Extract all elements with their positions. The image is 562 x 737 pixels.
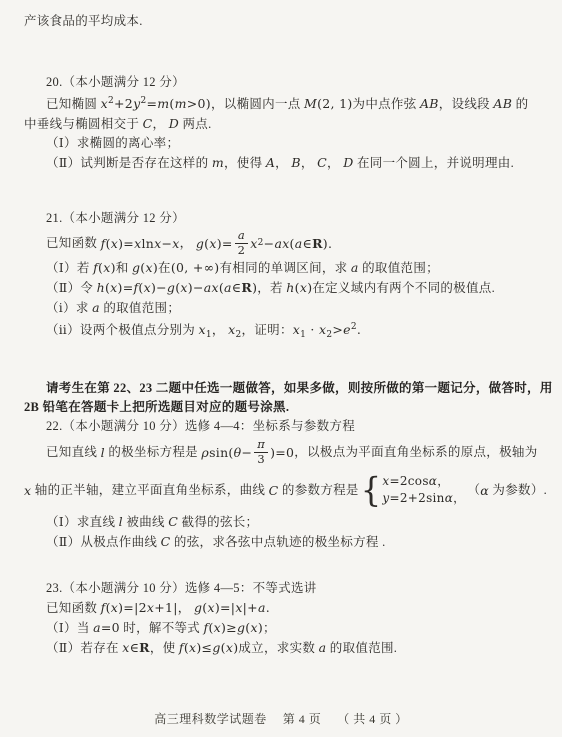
q21-part-1: （Ⅰ）若 f(x)和 g(x)在(0, +∞)有相同的单调区间，求 a 的取值范… [24,258,546,278]
math-run: ∈ [303,234,313,253]
parametric-cases: {x=2cosα，y=2+2sinα， [361,473,466,507]
text-run: 请考生在第 22、23 二题中任选一题做答，如果多做，则按所做的第一题记分，做答… [46,381,553,395]
math-run: x [154,234,161,253]
math-run: ∈ [232,280,242,295]
text-run: （ⅱ）设两个极值点分别为 [46,323,199,337]
text-run: ， [153,117,169,131]
math-run: D [343,155,353,170]
text-run: 产该食品的平均成本. [24,14,143,28]
math-run: x [144,280,151,295]
math-run: ax [204,280,219,295]
text-run: （ⅰ）求 [46,301,92,315]
math-run: x [145,260,152,275]
math-run: )=| [215,600,235,615]
text-run: ， [178,601,194,615]
text-run: 有相同的单调区间，求 [219,261,350,275]
math-run: x [293,322,300,337]
math-run: )= [217,234,233,253]
math-run: )= [118,280,134,295]
math-run: > [332,322,343,337]
math-run: g [212,640,220,655]
math-run: α [429,474,437,488]
math-run: )=0 [270,443,294,462]
math-run: C [161,534,171,549]
math-run: C [143,116,153,131]
math-run: D [169,116,179,131]
text-run: 截得的弦长； [178,515,258,529]
math-run: x [103,260,110,275]
q22-body-line2: x 轴的正半轴，建立平面直角坐标系，曲线 C 的参数方程是{x=2cosα，y=… [24,468,546,512]
math-run: g [196,234,204,253]
cases-rows: x=2cosα，y=2+2sinα， [382,473,465,507]
q23-part-2: （Ⅱ）若存在 x∈R，使 f(x)≤g(x)成立，求实数 a 的取值范围. [24,638,546,658]
q22-body-line1: 已知直线 l 的极坐标方程是 ρsin(θ−π3)=0，以极点为平面直角坐标系的… [24,436,546,468]
q23-body: 已知函数 f(x)=|2x+1|， g(x)=|x|+a. [24,598,546,618]
math-run: C [269,481,279,500]
text-run: 在 [158,261,171,275]
math-run: x [207,600,214,615]
math-run: · [306,322,319,337]
math-run: x [111,234,118,253]
math-run: ， [437,474,449,488]
math-run: . [266,600,270,615]
footer-page-number: 第 4 页 [283,710,322,727]
fraction-numerator: a [235,229,248,243]
q22-part-2: （Ⅱ）从极点作曲线 C 的弦，求各弦中点轨迹的极坐标方程 . [24,532,546,552]
math-run: x [101,96,108,111]
text-run: 两点. [179,117,211,131]
math-run: R [241,280,252,295]
footer-page-total: （ 共 4 页 ） [337,710,408,727]
text-run: ， [180,234,196,253]
text-run: 的 [512,97,528,111]
math-run: x [110,280,117,295]
math-run: x [209,234,216,253]
text-run: （Ⅱ）从极点作曲线 [46,535,161,549]
math-run: m [157,96,169,111]
math-run: )≤ [196,640,212,655]
math-run: − [161,234,172,253]
math-run: =2+2sin [390,491,445,505]
fraction-denominator: 2 [235,244,249,257]
math-run: x [199,322,206,337]
question-21: 21.（本小题满分 12 分） 已知函数 f(x)=xlnx−x， g(x)=a… [24,209,546,345]
fraction-numerator: π [254,438,268,452]
q21-subpart-ii: （ⅱ）设两个极值点分别为 x1， x2，证明：x1 · x2>e2. [24,318,546,345]
math-run: C [317,155,327,170]
text-run: 21.（本小题满分 12 分） [46,211,185,225]
q22-header: 22.（本小题满分 10 分）选修 4—4：坐标系与参数方程 [24,417,546,436]
math-run: a [224,280,232,295]
math-run: B [291,155,301,170]
text-run: 和 [116,261,132,275]
math-run: y [382,491,389,505]
math-run: α [480,481,489,500]
math-run: x [228,322,235,337]
text-run: ，以椭圆内一点 [211,97,304,111]
math-run: )− [151,280,167,295]
q22-part-1: （Ⅰ）求直线 l 被曲线 C 截得的弦长； [24,512,546,532]
math-run: A [266,155,275,170]
math-run: h [97,280,105,295]
text-run: ， [301,156,317,170]
math-run: ax [274,234,289,253]
question-23: 23.（本小题满分 10 分）选修 4—5：不等式选讲 已知函数 f(x)=|2… [24,579,546,658]
math-run: x [250,234,257,253]
math-run: x [122,640,129,655]
math-run: AB [420,96,439,111]
text-run: 在同一个圆上，并说明理由. [354,156,514,170]
q21-part-2: （Ⅱ）令 h(x)=f(x)−g(x)−ax(a∈R)，若 h(x)在定义域内有… [24,278,546,298]
notice-line1: 请考生在第 22、23 二题中任选一题做答，如果多做，则按所做的第一题记分，做答… [24,379,546,398]
math-run: x [214,620,221,635]
text-run: 时，解不等式 [120,621,204,635]
math-run: =0 [101,620,120,635]
math-run: a [92,300,100,315]
fraction-denominator: 3 [254,453,268,466]
math-run: =2cos [389,474,428,488]
math-run: M [304,96,317,111]
math-run: x [24,481,31,500]
text-run: 的取值范围； [359,261,439,275]
math-run: sin( [209,443,234,462]
text-run: ， [212,323,228,337]
question-22: 22.（本小题满分 10 分）选修 4—4：坐标系与参数方程 已知直线 l 的极… [24,417,546,552]
q23-part-1: （Ⅰ）当 a=0 时，解不等式 f(x)≥g(x)； [24,618,546,638]
text-run: 的取值范围； [100,301,180,315]
math-run: − [264,234,275,253]
q21-header: 21.（本小题满分 12 分） [24,209,546,228]
text-run: 的弦，求各弦中点轨迹的极坐标方程 . [171,535,386,549]
math-run: R [312,234,323,253]
math-run: x [172,234,179,253]
math-run: m [212,155,224,170]
math-run: )≥ [221,620,237,635]
math-run: h [286,280,294,295]
text-run: 已知函数 [46,601,101,615]
text-run: （Ⅱ）若存在 [46,641,122,655]
text-run: 成立，求实数 [238,641,318,655]
text-run: （Ⅰ）当 [46,621,93,635]
text-run: 2B 铅笔在答题卡上把所选题目对应的题号涂黑. [24,400,289,414]
math-run: (0, +∞) [171,260,220,275]
text-run: 23.（本小题满分 10 分）选修 4—5：不等式选讲 [46,581,317,595]
text-run: 20.（本小题满分 12 分） [46,75,185,89]
q20-body-line2: 中垂线与椭圆相交于 C， D 两点. [24,114,546,134]
math-run: ρ [201,443,209,462]
text-run: ， [327,156,343,170]
choice-notice: 请考生在第 22、23 二题中任选一题做答，如果多做，则按所做的第一题记分，做答… [24,379,546,417]
text-run: 已知椭圆 [46,97,101,111]
notice-line2: 2B 铅笔在答题卡上把所选题目对应的题号涂黑. [24,398,546,417]
math-run: . [357,322,361,337]
text-run: 已知直线 [46,443,101,462]
math-run: a [351,260,359,275]
math-run: m [175,96,187,111]
math-run: ， [453,491,465,505]
math-run: )− [188,280,204,295]
q21-subpart-i: （ⅰ）求 a 的取值范围； [24,298,546,318]
text-run: ，以极点为平面直角坐标系的原点，极轴为 [294,443,537,462]
text-run: （Ⅰ）求椭圆的离心率； [46,136,179,150]
q20-header: 20.（本小题满分 12 分） [24,73,546,92]
page-footer: 高三理科数学试题卷 第 4 页 （ 共 4 页 ） [0,710,562,727]
text-run: ，证明： [242,323,293,337]
text-run: 被曲线 [123,515,168,529]
math-run: ∈ [130,640,140,655]
math-run: g [167,280,175,295]
math-run: a [258,600,266,615]
math-run: x [134,234,141,253]
math-run: α [445,491,453,505]
q21-body: 已知函数 f(x)=xlnx−x， g(x)=a2x2−ax(a∈R). [24,228,546,258]
text-run: ，使 [150,641,179,655]
fraction: a2 [235,229,249,256]
text-run: 为中点作弦 [353,97,420,111]
text-run: （ [467,481,480,500]
text-run: ， [275,156,291,170]
text-run: 轴的正半轴，建立平面直角坐标系，曲线 [31,481,268,500]
q20-body-line1: 已知椭圆 x2+2y2=m(m>0)，以椭圆内一点 M(2, 1)为中点作弦 A… [24,92,546,114]
q23-header: 23.（本小题满分 10 分）选修 4—5：不等式选讲 [24,579,546,598]
math-run: +2 [114,96,133,111]
text-run: （Ⅰ）求直线 [46,515,119,529]
fraction: π3 [254,438,268,465]
exam-page: 产该食品的平均成本. 20.（本小题满分 12 分） 已知椭圆 x2+2y2=m… [0,0,562,737]
math-run: x [180,280,187,295]
left-brace-glyph: { [361,473,382,507]
q20-part-2: （Ⅱ）试判断是否存在这样的 m，使得 A， B， C， D 在同一个圆上，并说明… [24,153,546,173]
cases-row: y=2+2sinα， [382,490,465,507]
text-run: 已知函数 [46,234,101,253]
text-run: 22.（本小题满分 10 分）选修 4—4：坐标系与参数方程 [46,419,355,433]
math-run: |+ [243,600,258,615]
cases-row: x=2cosα， [382,473,449,490]
math-run: ln [141,234,154,253]
text-run: ，若 [257,281,286,295]
math-run: x [235,600,242,615]
math-run: a [93,620,101,635]
text-run: 的极坐标方程是 [105,443,201,462]
exam-content: 产该食品的平均成本. 20.（本小题满分 12 分） 已知椭圆 x2+2y2=m… [0,0,562,658]
text-run: （Ⅰ）若 [46,261,93,275]
text-run: 的参数方程是 [279,481,359,500]
math-run: )= [118,234,134,253]
text-run: 在定义域内有两个不同的极值点. [312,281,495,295]
math-run: e [343,322,351,337]
math-run: − [241,443,252,462]
question-20: 20.（本小题满分 12 分） 已知椭圆 x2+2y2=m(m>0)，以椭圆内一… [24,73,546,173]
q20-part-1: （Ⅰ）求椭圆的离心率； [24,134,546,153]
math-run: R [139,640,150,655]
text-run: ，设线段 [439,97,494,111]
math-run: )=|2 [118,600,147,615]
text-run: （Ⅱ）试判断是否存在这样的 [46,156,212,170]
math-run: ). [323,234,332,253]
math-run: +1| [154,600,178,615]
carryover-text: 产该食品的平均成本. [24,12,546,31]
math-run: a [295,234,303,253]
text-run: ，使得 [224,156,266,170]
text-run: ； [263,621,276,635]
math-run: (2, 1) [317,96,352,111]
math-run: AB [493,96,512,111]
text-run: （Ⅱ）令 [46,281,97,295]
math-run: C [168,514,178,529]
math-run: = [146,96,157,111]
math-run: >0) [187,96,211,111]
math-run: θ [234,443,242,462]
math-run: x [250,620,257,635]
text-run: 的取值范围. [326,641,397,655]
text-run: 中垂线与椭圆相交于 [24,117,143,131]
footer-exam-title: 高三理科数学试题卷 [154,710,267,727]
text-run: 为参数）. [489,481,547,500]
